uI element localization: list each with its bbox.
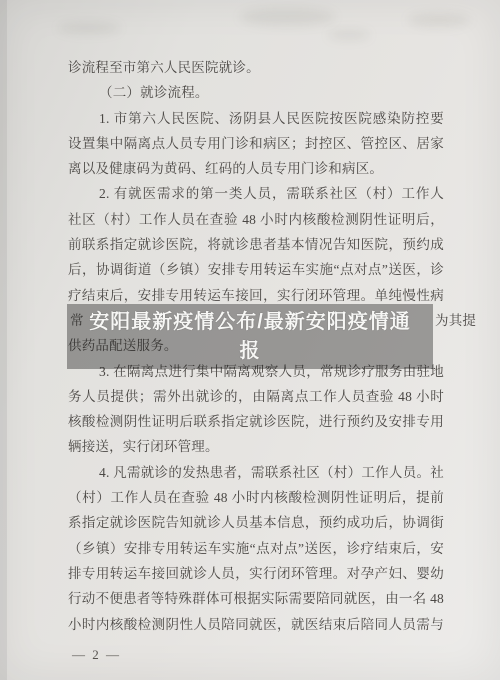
- text-line: 诊流程至市第六人民医院就诊。: [68, 55, 444, 80]
- text-line: 2. 有就医需求的第一类人员，需联系社区（村）工作人员。: [68, 181, 444, 206]
- text-line: 系指定就诊医院告知就诊人员基本信息，预约成功后，协调街道: [68, 510, 444, 535]
- text-line: 小时内核酸检测阴性人员陪同就医，就医结束后陪同人员需与就: [68, 612, 444, 637]
- text-line: （乡镇）安排专用转运车实施“点对点”送医，诊疗结束后，安: [68, 536, 444, 561]
- scan-smudge: [328, 30, 370, 40]
- text-line: 离以及健康码为黄码、红码的人员专用门诊和病区。: [68, 156, 444, 181]
- text-line: 排专用转运车接回就诊人员，实行闭环管理。对孕产妇、婴幼儿、: [68, 561, 444, 586]
- headline-overlay-banner: 安阳最新疫情公布/最新安阳疫情通 报: [67, 304, 433, 369]
- page-number: — 2 —: [72, 644, 121, 666]
- overlay-title-line1: 安阳最新疫情公布/最新安阳疫情通: [89, 308, 411, 337]
- text-line: 设置集中隔离点人员专用门诊和病区；封控区、管控区、居家隔: [68, 131, 444, 156]
- text-line: 务人员提供；需外出就诊的，由隔离点工作人员查验 48 小时内: [68, 384, 444, 409]
- scan-smudge: [240, 8, 335, 26]
- text-line: 4. 凡需就诊的发热患者，需联系社区（村）工作人员。社区: [68, 460, 444, 485]
- overlay-title-line2: 报: [240, 337, 261, 366]
- scan-smudge: [408, 13, 470, 27]
- obscured-text-fragment: 为其提: [435, 308, 476, 333]
- scan-smudge: [58, 22, 120, 34]
- scanned-document-page: 诊流程至市第六人民医院就诊。（二）就诊流程。1. 市第六人民医院、汤阴县人民医院…: [0, 0, 500, 680]
- text-line: 社区（村）工作人员在查验 48 小时内核酸检测阴性证明后，提: [68, 207, 444, 232]
- text-line: 后，协调街道（乡镇）安排专用转运车实施“点对点”送医，诊: [68, 257, 444, 282]
- text-line: （二）就诊流程。: [68, 80, 444, 105]
- text-line: 核酸检测阴性证明后联系指定就诊医院，进行预约及安排专用车: [68, 409, 444, 434]
- text-line: （村）工作人员在查验 48 小时内核酸检测阴性证明后，提前联: [68, 485, 444, 510]
- text-line: 1. 市第六人民医院、汤阴县人民医院按医院感染防控要求，: [68, 106, 444, 131]
- scan-edge-shadow: [0, 0, 7, 680]
- text-line: 前联系指定就诊医院，将就诊患者基本情况告知医院，预约成功: [68, 232, 444, 257]
- text-line: 行动不便患者等特殊群体可根据实际需要陪同就医，由一名 48: [68, 586, 444, 611]
- text-line: 辆接送，实行闭环管理。: [68, 434, 444, 459]
